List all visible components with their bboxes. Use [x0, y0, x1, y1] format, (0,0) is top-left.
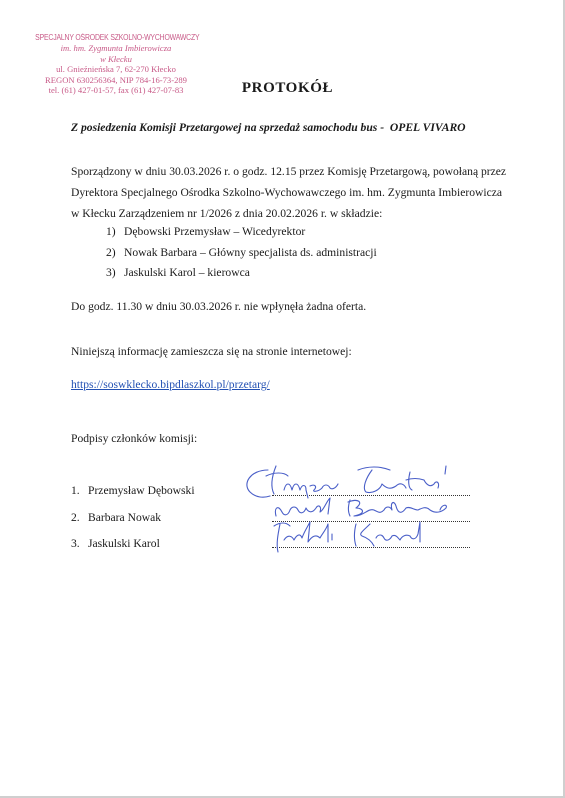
offers-note: Do godz. 11.30 w dniu 30.03.2026 r. nie … — [71, 300, 366, 313]
committee-member: 2)Nowak Barbara – Główny specjalista ds.… — [106, 243, 377, 264]
intro-line: Sporządzony w dniu 30.03.2026 r. o godz.… — [71, 161, 511, 182]
stamp-line-town: w Kłecku — [22, 54, 210, 64]
intro-line: Dyrektora Specjalnego Ośrodka Szkolno-Wy… — [71, 182, 511, 203]
intro-line: w Kłecku Zarządzeniem nr 1/2026 z dnia 2… — [71, 203, 511, 224]
signatory-name: Barbara Nowak — [88, 511, 161, 524]
list-number: 1. — [71, 484, 88, 497]
member-text: Nowak Barbara – Główny specjalista ds. a… — [124, 246, 377, 259]
member-text: Dębowski Przemysław – Wicedyrektor — [124, 225, 305, 238]
signatory-row: 1.Przemysław Dębowski — [71, 484, 195, 497]
signatory-row: 3.Jaskulski Karol — [71, 537, 160, 550]
list-number: 3) — [106, 263, 124, 284]
committee-member: 3)Jaskulski Karol – kierowca — [106, 263, 377, 284]
signatory-name: Przemysław Dębowski — [88, 484, 195, 497]
committee-list: 1)Dębowski Przemysław – Wicedyrektor 2)N… — [106, 222, 377, 284]
tender-link[interactable]: https://soswklecko.bipdlaszkol.pl/przeta… — [71, 378, 270, 391]
committee-member: 1)Dębowski Przemysław – Wicedyrektor — [106, 222, 377, 243]
signatures-heading: Podpisy członków komisji: — [71, 432, 197, 445]
signatory-row: 2.Barbara Nowak — [71, 511, 161, 524]
list-number: 2) — [106, 243, 124, 264]
list-number: 1) — [106, 222, 124, 243]
document-title: PROTOKÓŁ — [0, 80, 565, 97]
signatory-name: Jaskulski Karol — [88, 537, 160, 550]
intro-paragraph: Sporządzony w dniu 30.03.2026 r. o godz.… — [71, 161, 511, 224]
handwritten-signatures — [240, 462, 490, 562]
document-page: SPECJALNY OŚRODEK SZKOLNO-WYCHOWAWCZY im… — [0, 0, 565, 798]
document-subtitle: Z posiedzenia Komisji Przetargowej na sp… — [71, 121, 466, 134]
stamp-line-address: ul. Gnieźnieńska 7, 62-270 Kłecko — [22, 64, 210, 74]
member-text: Jaskulski Karol – kierowca — [124, 266, 250, 279]
publication-note: Niniejszą informację zamieszcza się na s… — [71, 345, 352, 358]
list-number: 2. — [71, 511, 88, 524]
list-number: 3. — [71, 537, 88, 550]
stamp-line-institution: SPECJALNY OŚRODEK SZKOLNO-WYCHOWAWCZY — [35, 33, 197, 43]
stamp-line-patron: im. hm. Zygmunta Imbierowicza — [22, 43, 210, 53]
